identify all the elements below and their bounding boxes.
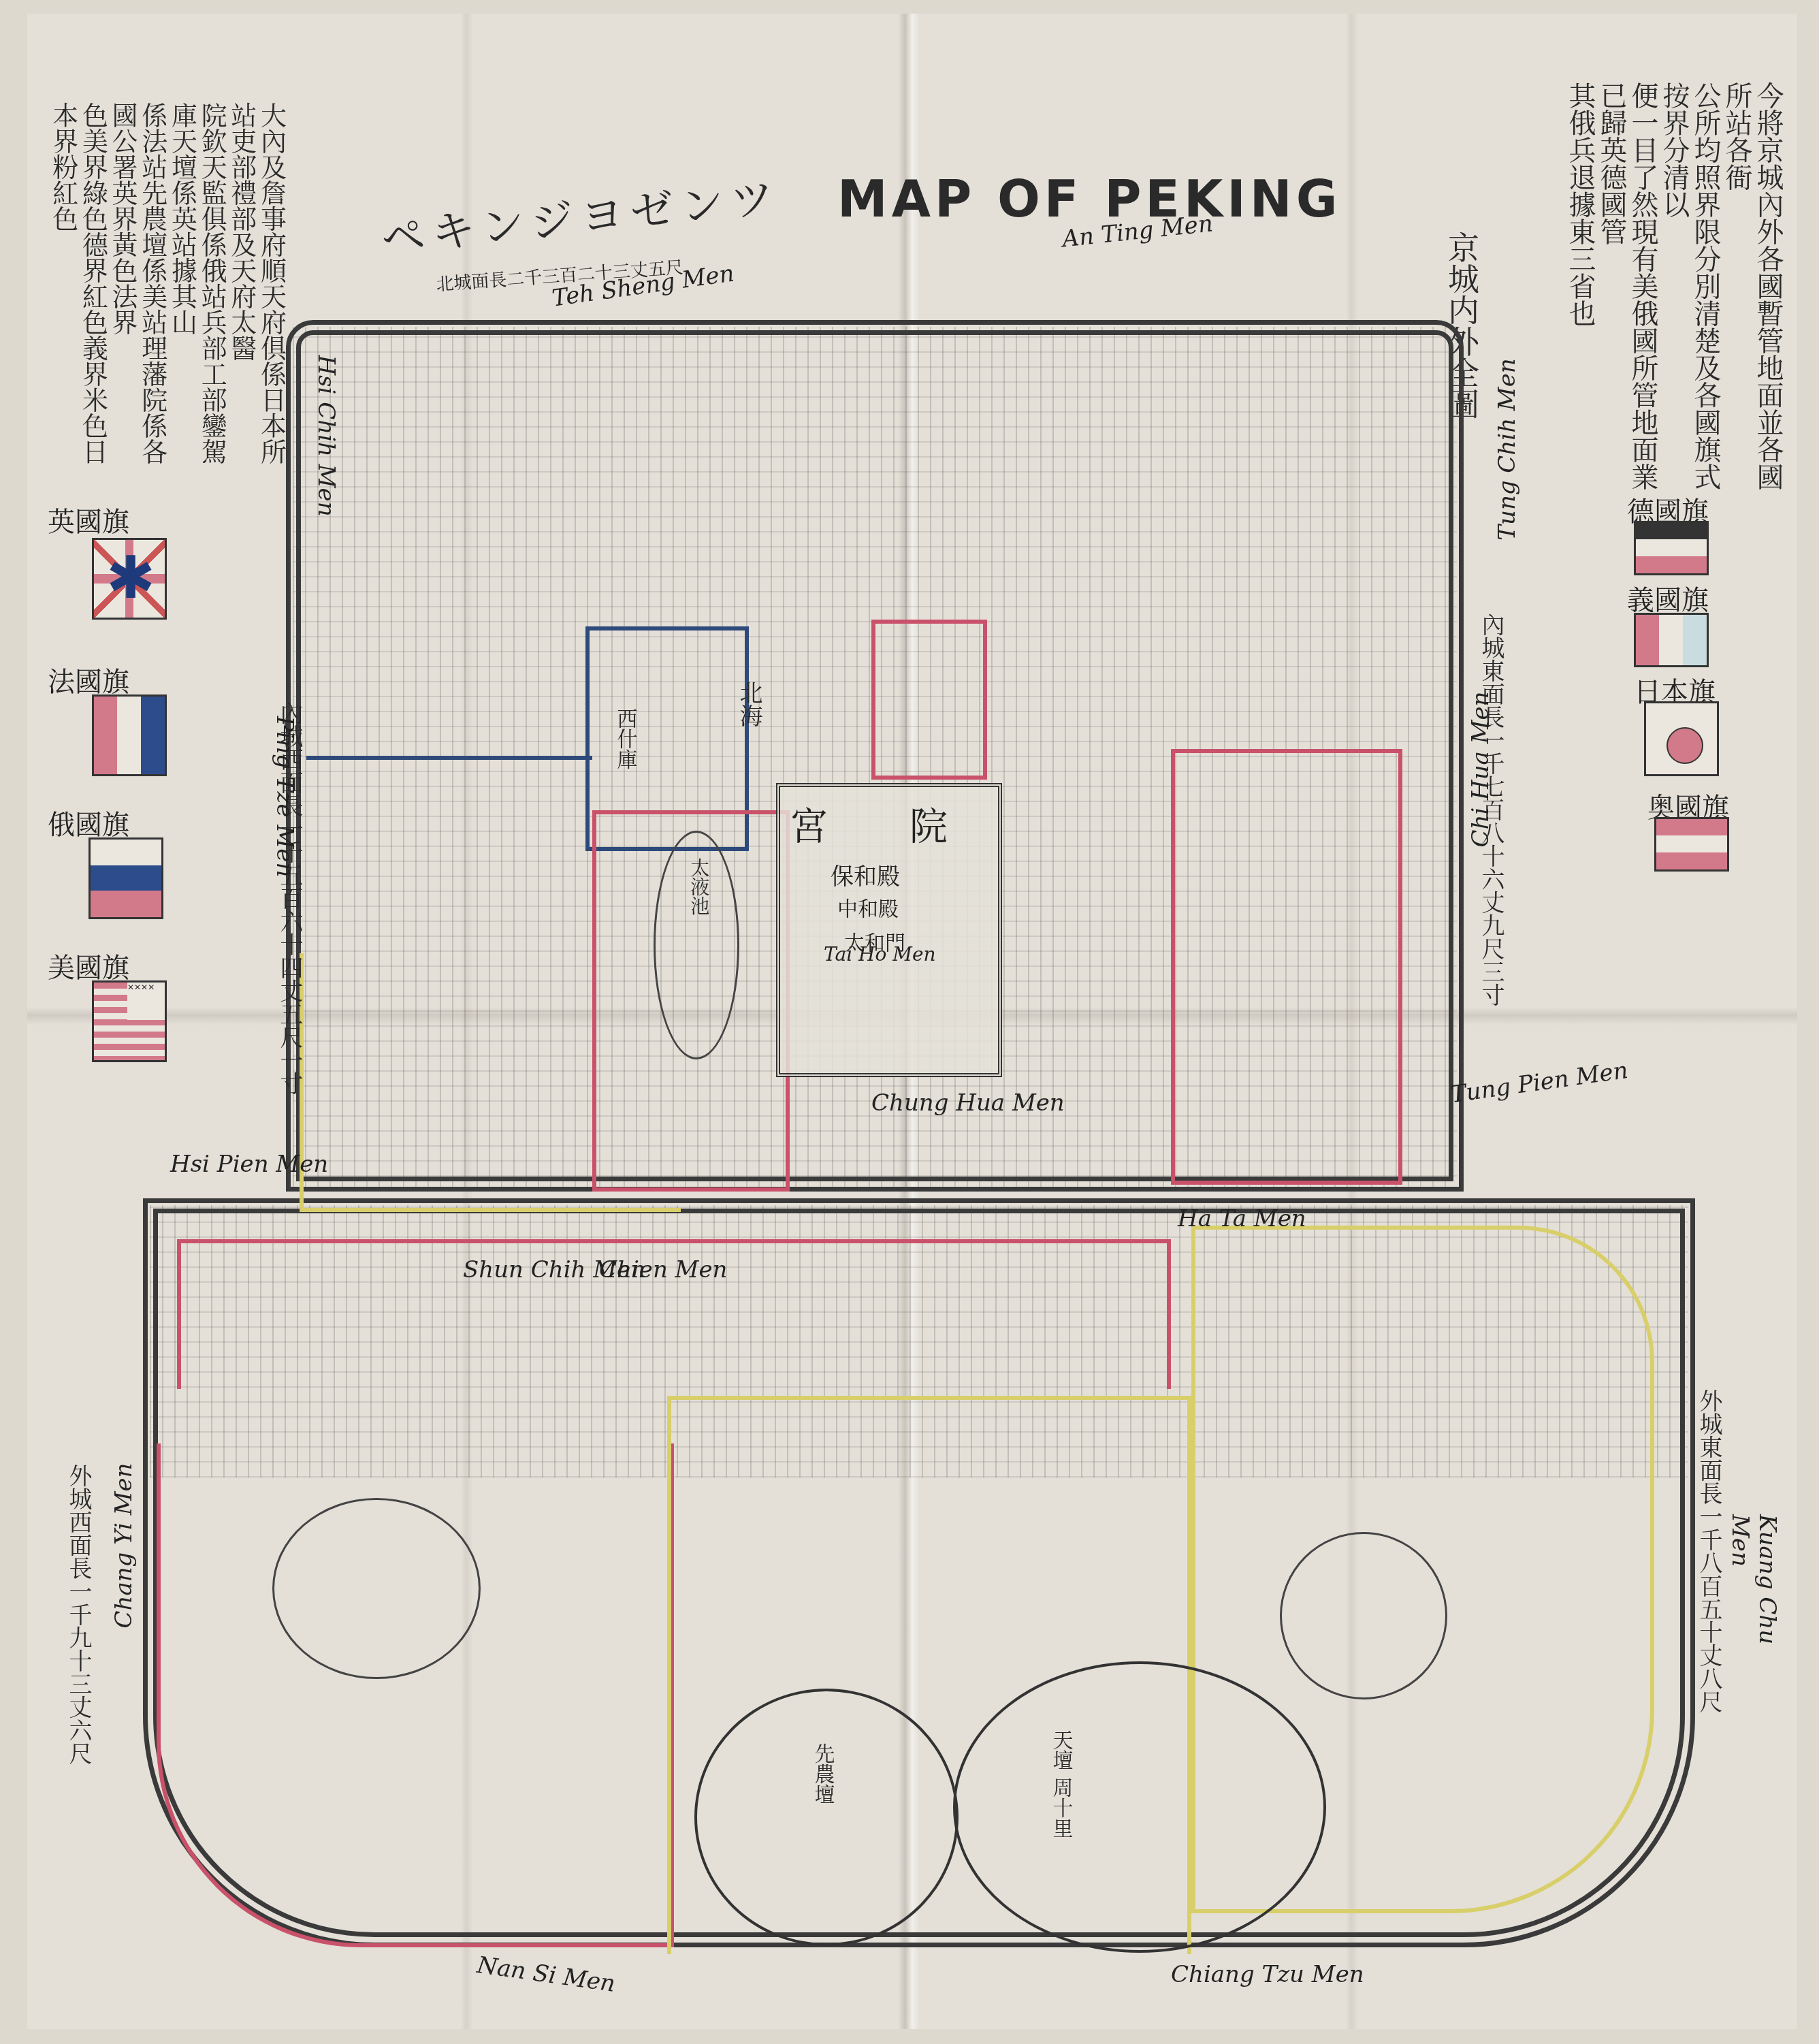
gate-chien-men: Chien Men (599, 1256, 727, 1283)
gate-ping-tze: Ping Tze Men (271, 716, 298, 878)
temple-heaven-enclosure (953, 1661, 1326, 1953)
outer-east-length: 外城東面長一千八百五十丈八尺 (1695, 1389, 1722, 1713)
temple-agriculture-enclosure (694, 1689, 959, 1946)
palace-label: 宮院 (790, 797, 1029, 851)
notice-right-line: 公所均照界限分別清楚及各國旗式按界分清以 (1658, 82, 1721, 504)
flag-label-russia: 俄國旗 (48, 803, 129, 842)
gate-chi-hua: Chi Hua Men (1467, 691, 1494, 847)
flag-label-usa: 美國旗 (48, 946, 129, 985)
outer-pond (1280, 1532, 1447, 1699)
gate-hsi-pien: Hsi Pien Men (170, 1151, 328, 1178)
gate-chung-hua: Chung Hua Men (871, 1089, 1065, 1117)
taiye-lake-label: 太液池 (688, 858, 709, 915)
zone-red-north (871, 620, 987, 780)
flag-label-france: 法國旗 (48, 660, 129, 699)
flag-usa-icon (92, 980, 167, 1062)
hall-baohe-label: 保和殿 (831, 858, 900, 891)
xishiku-label: 西什庫 (613, 708, 637, 769)
flag-germany-icon (1634, 521, 1709, 575)
gate-tung-chih: Tung Chih Men (1494, 358, 1521, 540)
gate-hsi-chih: Hsi Chih Men (312, 355, 340, 516)
temple-agriculture-label: 先農壇 (810, 1743, 834, 1804)
outer-west-length: 外城西面長一千九十三丈六尺 (65, 1464, 91, 1765)
notice-right: 今將京城內外各國暫管地面並各國所站各衙 公所均照界限分別清楚及各國旗式按界分清以… (1564, 82, 1784, 504)
notice-right-line: 便一目了然現有美俄國所管地面業已歸英德國管 (1596, 82, 1658, 504)
flag-label-britain: 英國旗 (48, 500, 129, 539)
flag-italy-icon (1634, 613, 1709, 667)
notice-right-line: 其俄兵退據東三省也 (1564, 82, 1596, 504)
notice-left-line: 係法站先農壇係美站理藩院係各國公署英界黃色法界 (107, 102, 166, 483)
zone-red-east (1171, 749, 1402, 1185)
notice-left-line: 院欽天監俱係俄站兵部工部鑾駕庫天壇係英站據其山 (167, 102, 226, 483)
flag-label-italy: 義國旗 (1627, 579, 1709, 618)
flag-france-icon (92, 694, 167, 776)
notice-left-line: 色美界綠色德界紅色義界米色日本界粉紅色 (48, 102, 107, 483)
notice-left: 大內及詹事府順天府俱係日本所站吏部禮部及天府太醫 院欽天監俱係俄站兵部工部鑾駕庫… (48, 102, 286, 483)
hall-zhonghe-label: 中和殿 (837, 892, 899, 922)
gate-ha-ta: Ha Ta Men (1178, 1205, 1306, 1232)
notice-right-line: 今將京城內外各國暫管地面並各國所站各衙 (1721, 82, 1784, 504)
temple-heaven-label: 天壇 周十里 (1048, 1729, 1072, 1838)
gate-kuang-chu: Kuang Chu Men (1726, 1514, 1781, 1645)
zone-blue-west-line (306, 756, 592, 776)
gate-chiang-tzu: Chiang Tzu Men (1171, 1961, 1364, 1988)
flag-austria-icon (1654, 817, 1729, 872)
flag-britain-icon (92, 538, 167, 620)
outer-pond-west (272, 1498, 481, 1679)
notice-left-line: 大內及詹事府順天府俱係日本所站吏部禮部及天府太醫 (226, 102, 285, 483)
map-title-english: MAP OF PEKING (837, 170, 1341, 229)
beihai-label: 北海 (735, 681, 762, 727)
gate-chang-yi: Chang Yi Men (110, 1463, 138, 1628)
zone-yellow-west (300, 953, 681, 1212)
flag-russia-icon (88, 837, 163, 919)
flag-japan-icon (1644, 701, 1719, 776)
gate-taiho-english: Tai Ho Men (824, 943, 936, 965)
